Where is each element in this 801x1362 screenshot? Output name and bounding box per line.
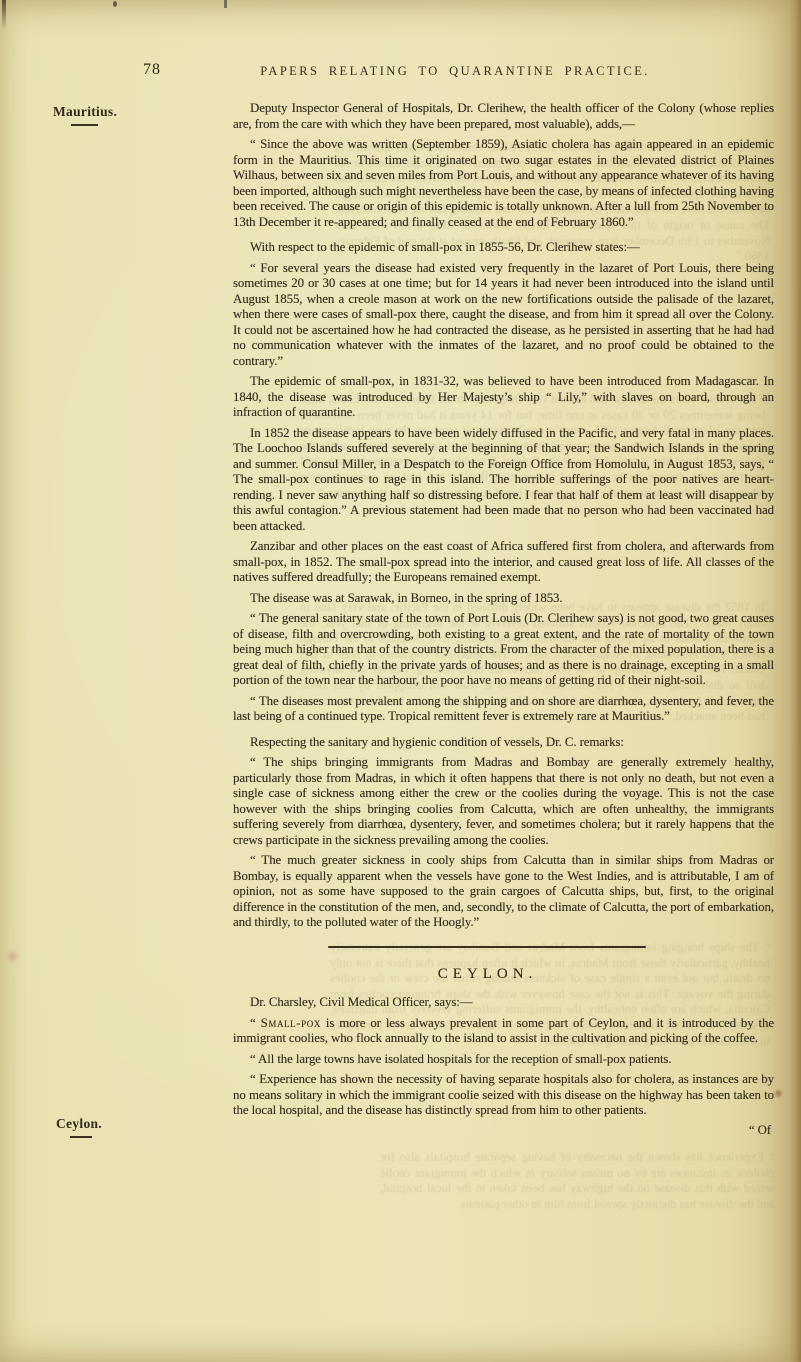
page-edge-shadow xyxy=(789,0,801,1362)
scan-speck xyxy=(113,1,117,7)
paragraph: In 1852 the disease appears to have been… xyxy=(233,426,774,535)
paragraph: “ The much greater sickness in cooly shi… xyxy=(233,853,774,931)
margin-note-mauritius: Mauritius. xyxy=(53,104,117,126)
paragraph: “ The general sanitary state of the town… xyxy=(233,611,774,689)
paragraph: “ Since the above was written (September… xyxy=(233,137,774,230)
foxing-spot xyxy=(775,1090,782,1097)
paragraph: Dr. Charsley, Civil Medical Officer, say… xyxy=(233,995,774,1011)
margin-note-label: Ceylon. xyxy=(56,1116,102,1131)
section-divider-rule xyxy=(328,946,646,948)
running-title: PAPERS RELATING TO QUARANTINE PRACTICE. xyxy=(175,64,735,79)
paragraph: “ Small-pox is more or less always preva… xyxy=(233,1016,774,1047)
margin-note-rule xyxy=(71,124,98,126)
margin-note-ceylon: Ceylon. xyxy=(56,1116,102,1138)
paragraph: Deputy Inspector General of Hospitals, D… xyxy=(233,101,774,132)
paragraph: “ The ships bringing immigrants from Mad… xyxy=(233,755,774,848)
quote-open: “ xyxy=(250,1016,261,1030)
text-column: Deputy Inspector General of Hospitals, D… xyxy=(233,101,774,1138)
book-page: “ Since the above was written (September… xyxy=(0,0,801,1362)
paper-smudge xyxy=(8,952,17,961)
paragraph: Respecting the sanitary and hygienic con… xyxy=(233,735,774,751)
paragraph: With respect to the epidemic of small-po… xyxy=(233,240,774,256)
margin-note-label: Mauritius. xyxy=(53,104,117,119)
bleedthrough-text: “ Experience has shown the necessity of … xyxy=(380,1150,775,1260)
paragraph: Zanzibar and other places on the east co… xyxy=(233,539,774,586)
paragraph: “ All the large towns have isolated hosp… xyxy=(233,1052,774,1068)
paragraph: “ For several years the disease had exis… xyxy=(233,261,774,370)
paragraph: “ The diseases most prevalent among the … xyxy=(233,694,774,725)
catchword: “ Of xyxy=(233,1123,774,1139)
paragraph: The disease was at Sarawak, in Borneo, i… xyxy=(233,591,774,607)
section-heading-ceylon: CEYLON. xyxy=(217,967,758,983)
page-number: 78 xyxy=(143,61,161,79)
paragraph: The epidemic of small-pox, in 1831-32, w… xyxy=(233,374,774,421)
paragraph: “ Experience has shown the necessity of … xyxy=(233,1072,774,1119)
margin-note-rule xyxy=(70,1136,92,1138)
scan-speck xyxy=(224,0,227,8)
scan-edge-artifact xyxy=(2,0,6,30)
smallcaps-word: Small-pox xyxy=(261,1016,321,1030)
